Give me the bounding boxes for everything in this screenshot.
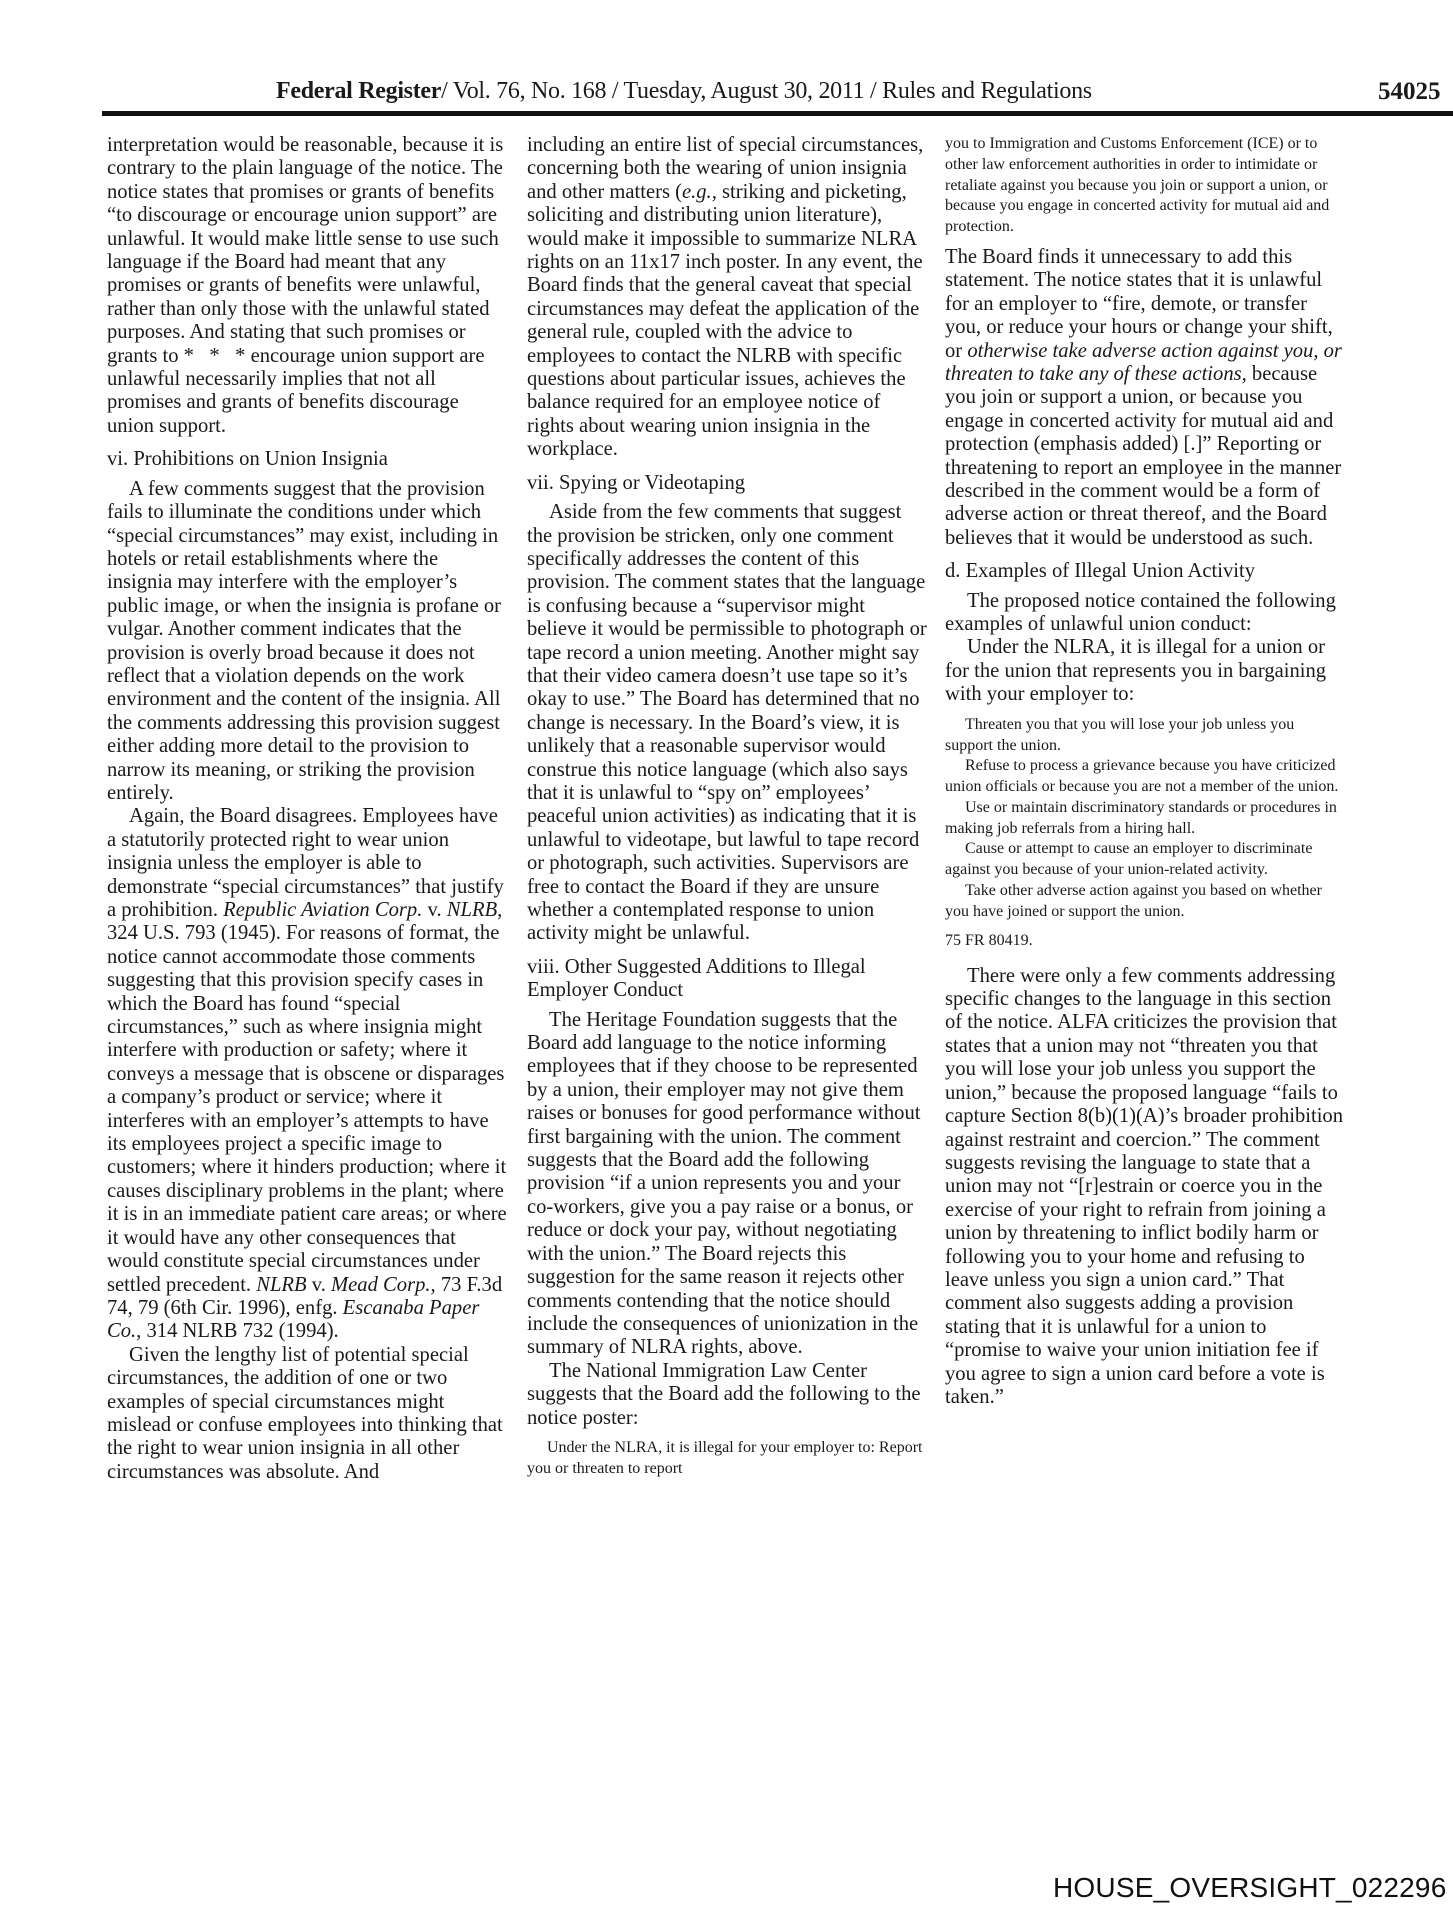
case-name: Republic Aviation Corp. xyxy=(223,899,422,921)
bates-number: HOUSE_OVERSIGHT_022296 xyxy=(1053,1872,1446,1904)
case-name: NLRB xyxy=(256,1274,306,1296)
example-item: Refuse to process a grievance because yo… xyxy=(945,756,1345,798)
paragraph: The Board finds it unnecessary to add th… xyxy=(945,246,1345,550)
paragraph: including an entire list of special circ… xyxy=(527,134,927,462)
running-head: Federal Register/ Vol. 76, No. 168 / Tue… xyxy=(276,78,1092,105)
page-number: 54025 xyxy=(1378,78,1441,106)
case-name: Mead Corp., xyxy=(331,1274,436,1296)
example-item: Use or maintain discriminatory standards… xyxy=(945,798,1345,840)
citation: 75 FR 80419. xyxy=(945,931,1345,951)
paragraph: The Heritage Foundation suggests that th… xyxy=(527,1009,927,1360)
header-rule xyxy=(102,111,1453,116)
paragraph: The National Immigration Law Center sugg… xyxy=(527,1360,927,1430)
paragraph: Aside from the few comments that suggest… xyxy=(527,501,927,946)
issue-details: / Vol. 76, No. 168 / Tuesday, August 30,… xyxy=(441,78,1092,104)
paragraph: Under the NLRA, it is illegal for a unio… xyxy=(945,636,1345,706)
case-name: NLRB, xyxy=(447,899,503,921)
column-3: you to Immigration and Customs Enforceme… xyxy=(945,134,1345,1409)
paragraph: A few comments suggest that the provisio… xyxy=(107,478,507,806)
example-item: Threaten you that you will lose your job… xyxy=(945,715,1345,757)
paragraph: The proposed notice contained the follow… xyxy=(945,590,1345,637)
example-item: Take other adverse action against you ba… xyxy=(945,881,1345,923)
section-heading: viii. Other Suggested Additions to Illeg… xyxy=(527,956,927,1003)
publication-title: Federal Register xyxy=(276,78,441,104)
example-item: Cause or attempt to cause an employer to… xyxy=(945,839,1345,881)
block-quote: you to Immigration and Customs Enforceme… xyxy=(945,134,1345,238)
section-heading: vii. Spying or Videotaping xyxy=(527,472,927,495)
section-heading: d. Examples of Illegal Union Activity xyxy=(945,560,1345,583)
paragraph: There were only a few comments addressin… xyxy=(945,965,1345,1410)
column-2: including an entire list of special circ… xyxy=(527,134,927,1488)
block-quote: Under the NLRA, it is illegal for your e… xyxy=(527,1438,927,1480)
paragraph: Again, the Board disagrees. Employees ha… xyxy=(107,805,507,1343)
column-1: interpretation would be reasonable, beca… xyxy=(107,134,507,1484)
quote-text: Under the NLRA, it is illegal for your e… xyxy=(527,1438,927,1480)
paragraph: interpretation would be reasonable, beca… xyxy=(107,134,507,438)
examples-list: Threaten you that you will lose your job… xyxy=(945,715,1345,923)
quote-text: you to Immigration and Customs Enforceme… xyxy=(945,134,1345,238)
section-heading: vi. Prohibitions on Union Insignia xyxy=(107,448,507,471)
page-header: Federal Register/ Vol. 76, No. 168 / Tue… xyxy=(102,72,1453,112)
paragraph: Given the lengthy list of potential spec… xyxy=(107,1344,507,1484)
